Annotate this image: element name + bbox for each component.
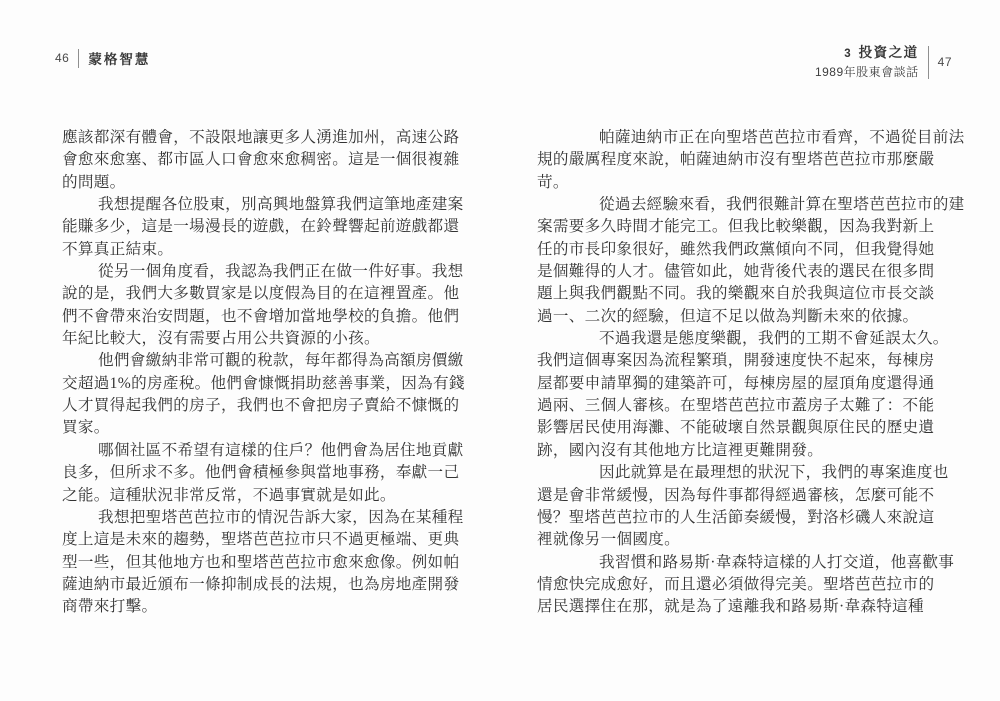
right-page-number: 47	[938, 55, 952, 69]
text-line: 不算真正結束。	[62, 239, 465, 261]
text-line: 從過去經驗來看，我們很難計算在聖塔芭芭拉市的建	[537, 194, 940, 216]
text-line: 之能。這種狀況非常反常，不過事實就是如此。	[62, 485, 465, 507]
chapter-number: 3	[844, 46, 850, 62]
text-line: 過一、二次的經驗，但這不足以做為判斷未來的依據。	[537, 306, 940, 328]
text-line: 會愈來愈塞、都市區人口會愈來愈稠密。這是一個很複雜	[62, 149, 465, 171]
chapter-heading: 3 投資之道 1989年股東會談話	[815, 45, 919, 80]
text-line: 應該都深有體會，不設限地讓更多人湧進加州，高速公路	[62, 127, 465, 149]
text-line: 帕薩迪納市正在向聖塔芭芭拉市看齊，不過從目前法	[537, 127, 940, 149]
text-line: 任的市長印象很好，雖然我們政黨傾向不同，但我覺得她	[537, 239, 940, 261]
text-line: 情愈快完成愈好，而且還必須做得完美。聖塔芭芭拉市的	[537, 574, 940, 596]
text-line: 買家。	[62, 417, 465, 439]
text-line: 們不會帶來治安問題，也不會增加當地學校的負擔。他們	[62, 306, 465, 328]
text-line: 因此就算是在最理想的狀況下，我們的專案進度也	[537, 462, 940, 484]
text-line: 度上這是未來的趨勢，聖塔芭芭拉市只不過更極端、更典	[62, 529, 465, 551]
text-line: 居民選擇住在那，就是為了遠離我和路易斯·韋森特這種	[537, 596, 940, 618]
text-line: 案需要多久時間才能完工。但我比較樂觀，因為我對新上	[537, 216, 940, 238]
text-line: 他們會繳納非常可觀的稅款，每年都得為高額房價繳	[62, 350, 465, 372]
text-line: 能賺多少，這是一場漫長的遊戲，在鈴聲響起前遊戲都還	[62, 216, 465, 238]
text-line: 苛。	[537, 172, 940, 194]
text-line: 屋都要申請單獨的建築許可，每棟房屋的屋頂角度還得通	[537, 373, 940, 395]
text-line: 哪個社區不希望有這樣的住戶？他們會為居住地貢獻	[62, 440, 465, 462]
left-page-body: 應該都深有體會，不設限地讓更多人湧進加州，高速公路會愈來愈塞、都市區人口會愈來愈…	[62, 127, 465, 619]
text-line: 我習慣和路易斯·韋森特這樣的人打交道，他喜歡事	[537, 552, 940, 574]
text-line: 還是會非常緩慢，因為每件事都得經過審核，怎麼可能不	[537, 485, 940, 507]
left-page-number: 46	[55, 51, 69, 65]
text-line: 裡就像另一個國度。	[537, 529, 940, 551]
right-page-body: 帕薩迪納市正在向聖塔芭芭拉市看齊，不過從目前法規的嚴厲程度來說，帕薩迪納市沒有聖…	[537, 127, 940, 619]
text-line: 商帶來打擊。	[62, 596, 465, 618]
text-line: 我們這個專案因為流程繁瑣，開發速度快不起來，每棟房	[537, 350, 940, 372]
book-page-spread: 46 蒙格智慧 3 投資之道 1989年股東會談話 47 應該都深有體會，不設限…	[0, 0, 1000, 701]
left-header-divider	[78, 49, 79, 68]
right-header-divider	[928, 46, 929, 79]
text-line: 跡，國內沒有其他地方比這裡更難開發。	[537, 440, 940, 462]
right-page-header: 3 投資之道 1989年股東會談話 47	[815, 42, 952, 82]
text-line: 我想提醒各位股東，別高興地盤算我們這筆地產建案	[62, 194, 465, 216]
text-line: 年紀比較大，沒有需要占用公共資源的小孩。	[62, 328, 465, 350]
text-line: 交超過1%的房產稅。他們會慷慨捐助慈善事業，因為有錢	[62, 373, 465, 395]
text-line: 過兩、三個人審核。在聖塔芭芭拉市蓋房子太難了：不能	[537, 395, 940, 417]
text-line: 不過我還是態度樂觀，我們的工期不會延誤太久。	[537, 328, 940, 350]
text-line: 慢？聖塔芭芭拉市的人生活節奏緩慢，對洛杉磯人來說這	[537, 507, 940, 529]
text-line: 型一些，但其他地方也和聖塔芭芭拉市愈來愈像。例如帕	[62, 552, 465, 574]
chapter-title-line: 3 投資之道	[844, 45, 918, 62]
text-line: 良多，但所求不多。他們會積極參與當地事務，奉獻一己	[62, 462, 465, 484]
text-line: 題上與我們觀點不同。我的樂觀來自於我與這位市長交談	[537, 283, 940, 305]
text-line: 的問題。	[62, 172, 465, 194]
book-title: 蒙格智慧	[88, 48, 150, 68]
text-line: 影響居民使用海灘、不能破壞自然景觀與原住民的歷史遺	[537, 417, 940, 439]
text-line: 從另一個角度看，我認為我們正在做一件好事。我想	[62, 261, 465, 283]
text-line: 人才買得起我們的房子，我們也不會把房子賣給不慷慨的	[62, 395, 465, 417]
text-line: 我想把聖塔芭芭拉市的情況告訴大家，因為在某種程	[62, 507, 465, 529]
text-line: 薩迪納市最近頒布一條抑制成長的法規，也為房地產開發	[62, 574, 465, 596]
left-page-header: 46 蒙格智慧	[55, 46, 150, 70]
text-line: 是個難得的人才。儘管如此，她背後代表的選民在很多問	[537, 261, 940, 283]
chapter-title: 投資之道	[859, 45, 919, 61]
text-line: 說的是，我們大多數買家是以度假為目的在這裡置產。他	[62, 283, 465, 305]
section-title: 1989年股東會談話	[815, 64, 919, 80]
text-line: 規的嚴厲程度來說，帕薩迪納市沒有聖塔芭芭拉市那麼嚴	[537, 149, 940, 171]
